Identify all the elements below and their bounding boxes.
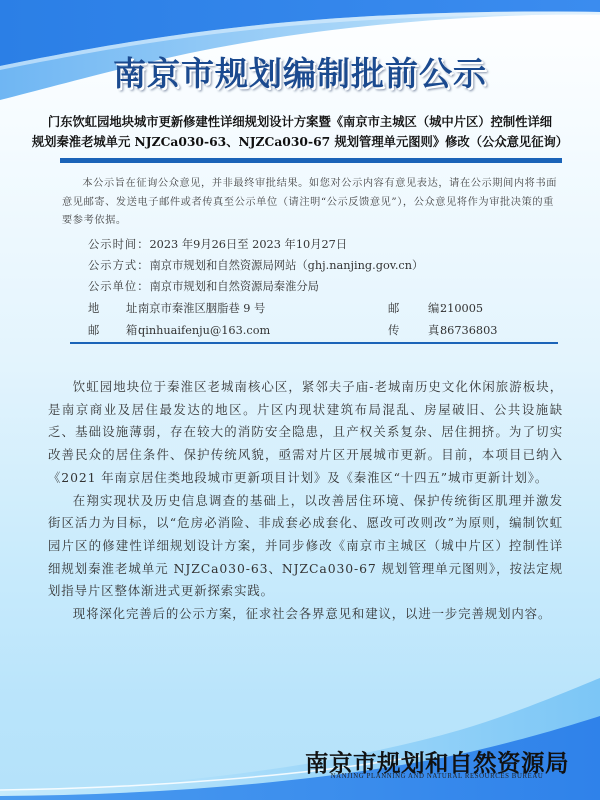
subtitle-line-2: 规划秦淮老城单元 NJZCa030-63、NJZCa030-67 规划管理单元图… <box>20 132 580 152</box>
subtitle-line-1: 门东饮虹园地块城市更新修建性详细规划设计方案暨《南京市主城区（城中片区）控制性详… <box>20 112 580 132</box>
contact-row-email: 邮 箱： qinhuaifenju@163.com 传 真： 86736803 <box>88 320 558 342</box>
method-row: 公示方式：南京市规划和自然资源局网站（ghj.nanjing.gov.cn） <box>88 255 558 276</box>
contact-info: 地 址： 南京市秦淮区胭脂巷 9 号 邮 编： 210005 邮 箱： qinh… <box>88 298 558 342</box>
postcode-label-a: 邮 <box>388 298 399 320</box>
unit-row: 公示单位：南京市规划和自然资源局秦淮分局 <box>88 276 558 297</box>
period-value: 2023 年9月26日至 2023 年10月27日 <box>150 238 348 251</box>
header-divider <box>60 158 562 163</box>
contact-row-address: 地 址： 南京市秦淮区胭脂巷 9 号 邮 编： 210005 <box>88 298 558 320</box>
unit-value: 南京市规划和自然资源局秦淮分局 <box>150 280 319 293</box>
page-title: 南京市规划编制批前公示 <box>0 48 600 95</box>
announcement-info: 公示时间：2023 年9月26日至 2023 年10月27日 公示方式：南京市规… <box>88 234 558 297</box>
footer-org-name-en: NANJING PLANNING AND NATURAL RESOURCES B… <box>302 773 572 780</box>
method-value[interactable]: 南京市规划和自然资源局网站（ghj.nanjing.gov.cn） <box>150 259 424 272</box>
fax-value: 86736803 <box>440 320 498 342</box>
project-subtitle: 门东饮虹园地块城市更新修建性详细规划设计方案暨《南京市主城区（城中片区）控制性详… <box>20 112 580 152</box>
postcode-value: 210005 <box>440 298 483 320</box>
method-label: 公示方式： <box>88 259 150 272</box>
notice-paragraph: 本公示旨在征询公众意见，并非最终审批结果。如您对公示内容有意见表达，请在公示期间… <box>62 175 560 231</box>
period-row: 公示时间：2023 年9月26日至 2023 年10月27日 <box>88 234 558 255</box>
address-value: 南京市秦淮区胭脂巷 9 号 <box>138 298 265 320</box>
body-paragraph-3: 现将深化完善后的公示方案，征求社会各界意见和建议，以进一步完善规划内容。 <box>48 603 563 626</box>
body-paragraph-1: 饮虹园地块位于秦淮区老城南核心区，紧邻夫子庙-老城南历史文化休闲旅游板块，是南京… <box>48 376 563 490</box>
info-divider <box>70 342 558 344</box>
email-label-a: 邮 <box>88 320 99 342</box>
period-label: 公示时间： <box>88 238 150 251</box>
address-label-a: 地 <box>88 298 99 320</box>
email-value[interactable]: qinhuaifenju@163.com <box>138 320 270 342</box>
body-paragraph-2: 在翔实现状及历史信息调查的基础上，以改善居住环境、保护传统街区肌理并激发街区活力… <box>48 490 563 604</box>
body-content: 饮虹园地块位于秦淮区老城南核心区，紧邻夫子庙-老城南历史文化休闲旅游板块，是南京… <box>48 376 563 626</box>
fax-label-a: 传 <box>388 320 399 342</box>
unit-label: 公示单位： <box>88 280 150 293</box>
